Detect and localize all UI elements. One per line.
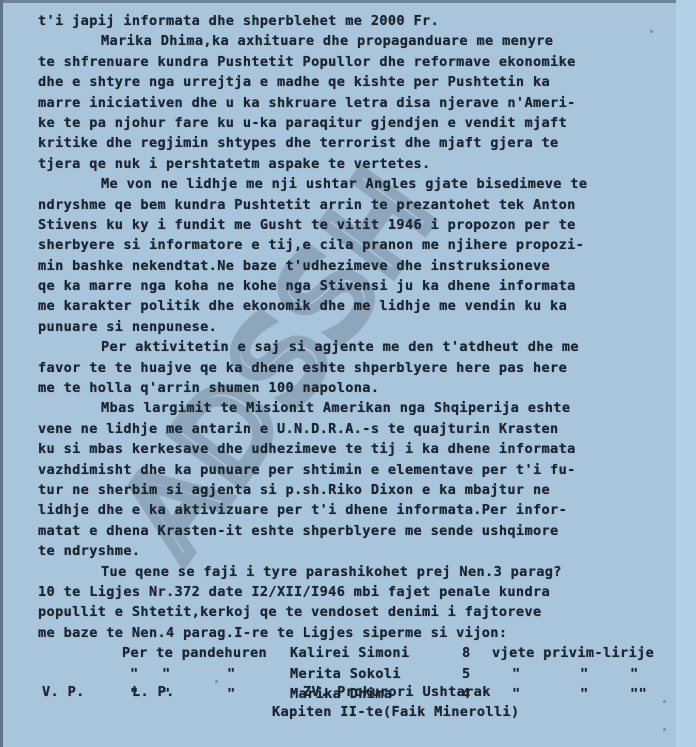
- text-line: sherbyere si informatore e tij,e cila pr…: [38, 235, 678, 255]
- text-line: vene ne lidhje me antarin e U.N.D.R.A.-s…: [38, 419, 678, 439]
- text-line: lidhje dhe e ka aktivizuare per t'i dhen…: [38, 500, 678, 520]
- text-line: Stivens ku ky i fundit me Gusht te vitit…: [38, 215, 678, 235]
- typewritten-body: …t'i japij informata dhe shperblehet me …: [38, 2, 678, 704]
- text-line: dhe e shtyre nga urrejtja e madhe qe kis…: [38, 72, 678, 92]
- text-line: favor te te huajve qe ka dhene eshte shp…: [38, 358, 678, 378]
- text-line: tjera qe nuk i pershtatetm aspake te ver…: [38, 154, 678, 174]
- defendant-name: Kalirei Simoni: [290, 643, 409, 663]
- lp-initials: L. P.: [132, 684, 175, 700]
- text-line: Me von ne lidhje me nji ushtar Angles gj…: [38, 174, 678, 194]
- text-line: popullit e Shtetit,kerkoj qe te vendoset…: [38, 602, 678, 622]
- text-line: qe ka marre nga koha ne kohe nga Stivens…: [38, 276, 678, 296]
- text-line: kritike dhe regjimin shtypes dhe terrori…: [38, 133, 678, 153]
- text-line: ndryshme qe bem kundra Pushtetit arrin t…: [38, 195, 678, 215]
- text-line: me karakter politik dhe ekonomik dhe me …: [38, 296, 678, 316]
- signatory-name: Kapiten II-te(Faik Minerolli): [272, 704, 520, 720]
- text-line: te ndryshme.: [38, 541, 678, 561]
- left-edge: [0, 0, 3, 747]
- text-line: Tue qene se faji i tyre parashikohet pre…: [38, 562, 678, 582]
- sentence-intro: Per te pandehuren: [122, 643, 267, 663]
- text-line: Per aktivitetin e saj si agjente me den …: [38, 337, 678, 357]
- text-line: te shfrenuare kundra Pushtetit Popullor …: [38, 52, 678, 72]
- paper-speck: [663, 728, 666, 731]
- text-line: ku si mbas kerkesave dhe udhezimeve te t…: [38, 439, 678, 459]
- text-line: me baze te Nen.4 parag.I-re te Ligjes si…: [38, 623, 678, 643]
- text-line: me te holla q'arrin shumen 100 napolona.: [38, 378, 678, 398]
- text-line: tur ne sherbim si agjenta si p.sh.Riko D…: [38, 480, 678, 500]
- paper-speck: [215, 680, 218, 683]
- sentence-penalty: vjete privim-lirije: [492, 643, 654, 663]
- text-line: min bashke nekendtat.Ne baze t'udhezimev…: [38, 256, 678, 276]
- text-line: Marika Dhima,ka axhituare dhe propagandu…: [38, 31, 678, 51]
- text-line: 10 te Ligjes Nr.372 date I2/XII/I946 mbi…: [38, 582, 678, 602]
- signature-block: V. P. L. P. ZV. Prokurori Ushtarak Kapit…: [0, 670, 696, 730]
- text-line: punuare si nenpunese.: [38, 317, 678, 337]
- text-line: Mbas largimit te Misionit Amerikan nga S…: [38, 398, 678, 418]
- paper-speck: [663, 700, 666, 703]
- text-line: vazhdimisht dhe ka punuare per shtimin e…: [38, 460, 678, 480]
- signatory-title: ZV. Prokurori Ushtarak: [303, 684, 491, 700]
- paper-speck: [650, 30, 653, 33]
- text-line: ke te pa njohur fare ku u-ka paraqitur g…: [38, 113, 678, 133]
- sentence-row: Per te pandehurenKalirei Simoni8vjete pr…: [38, 643, 678, 663]
- vp-initials: V. P.: [42, 684, 85, 700]
- text-line: matat e dhena Krasten-it eshte shperblye…: [38, 521, 678, 541]
- text-line: marre iniciativen dhe u ka shkruare letr…: [38, 93, 678, 113]
- right-edge: [676, 0, 696, 747]
- sentence-years: 8: [462, 643, 471, 663]
- text-line: t'i japij informata dhe shperblehet me 2…: [38, 11, 678, 31]
